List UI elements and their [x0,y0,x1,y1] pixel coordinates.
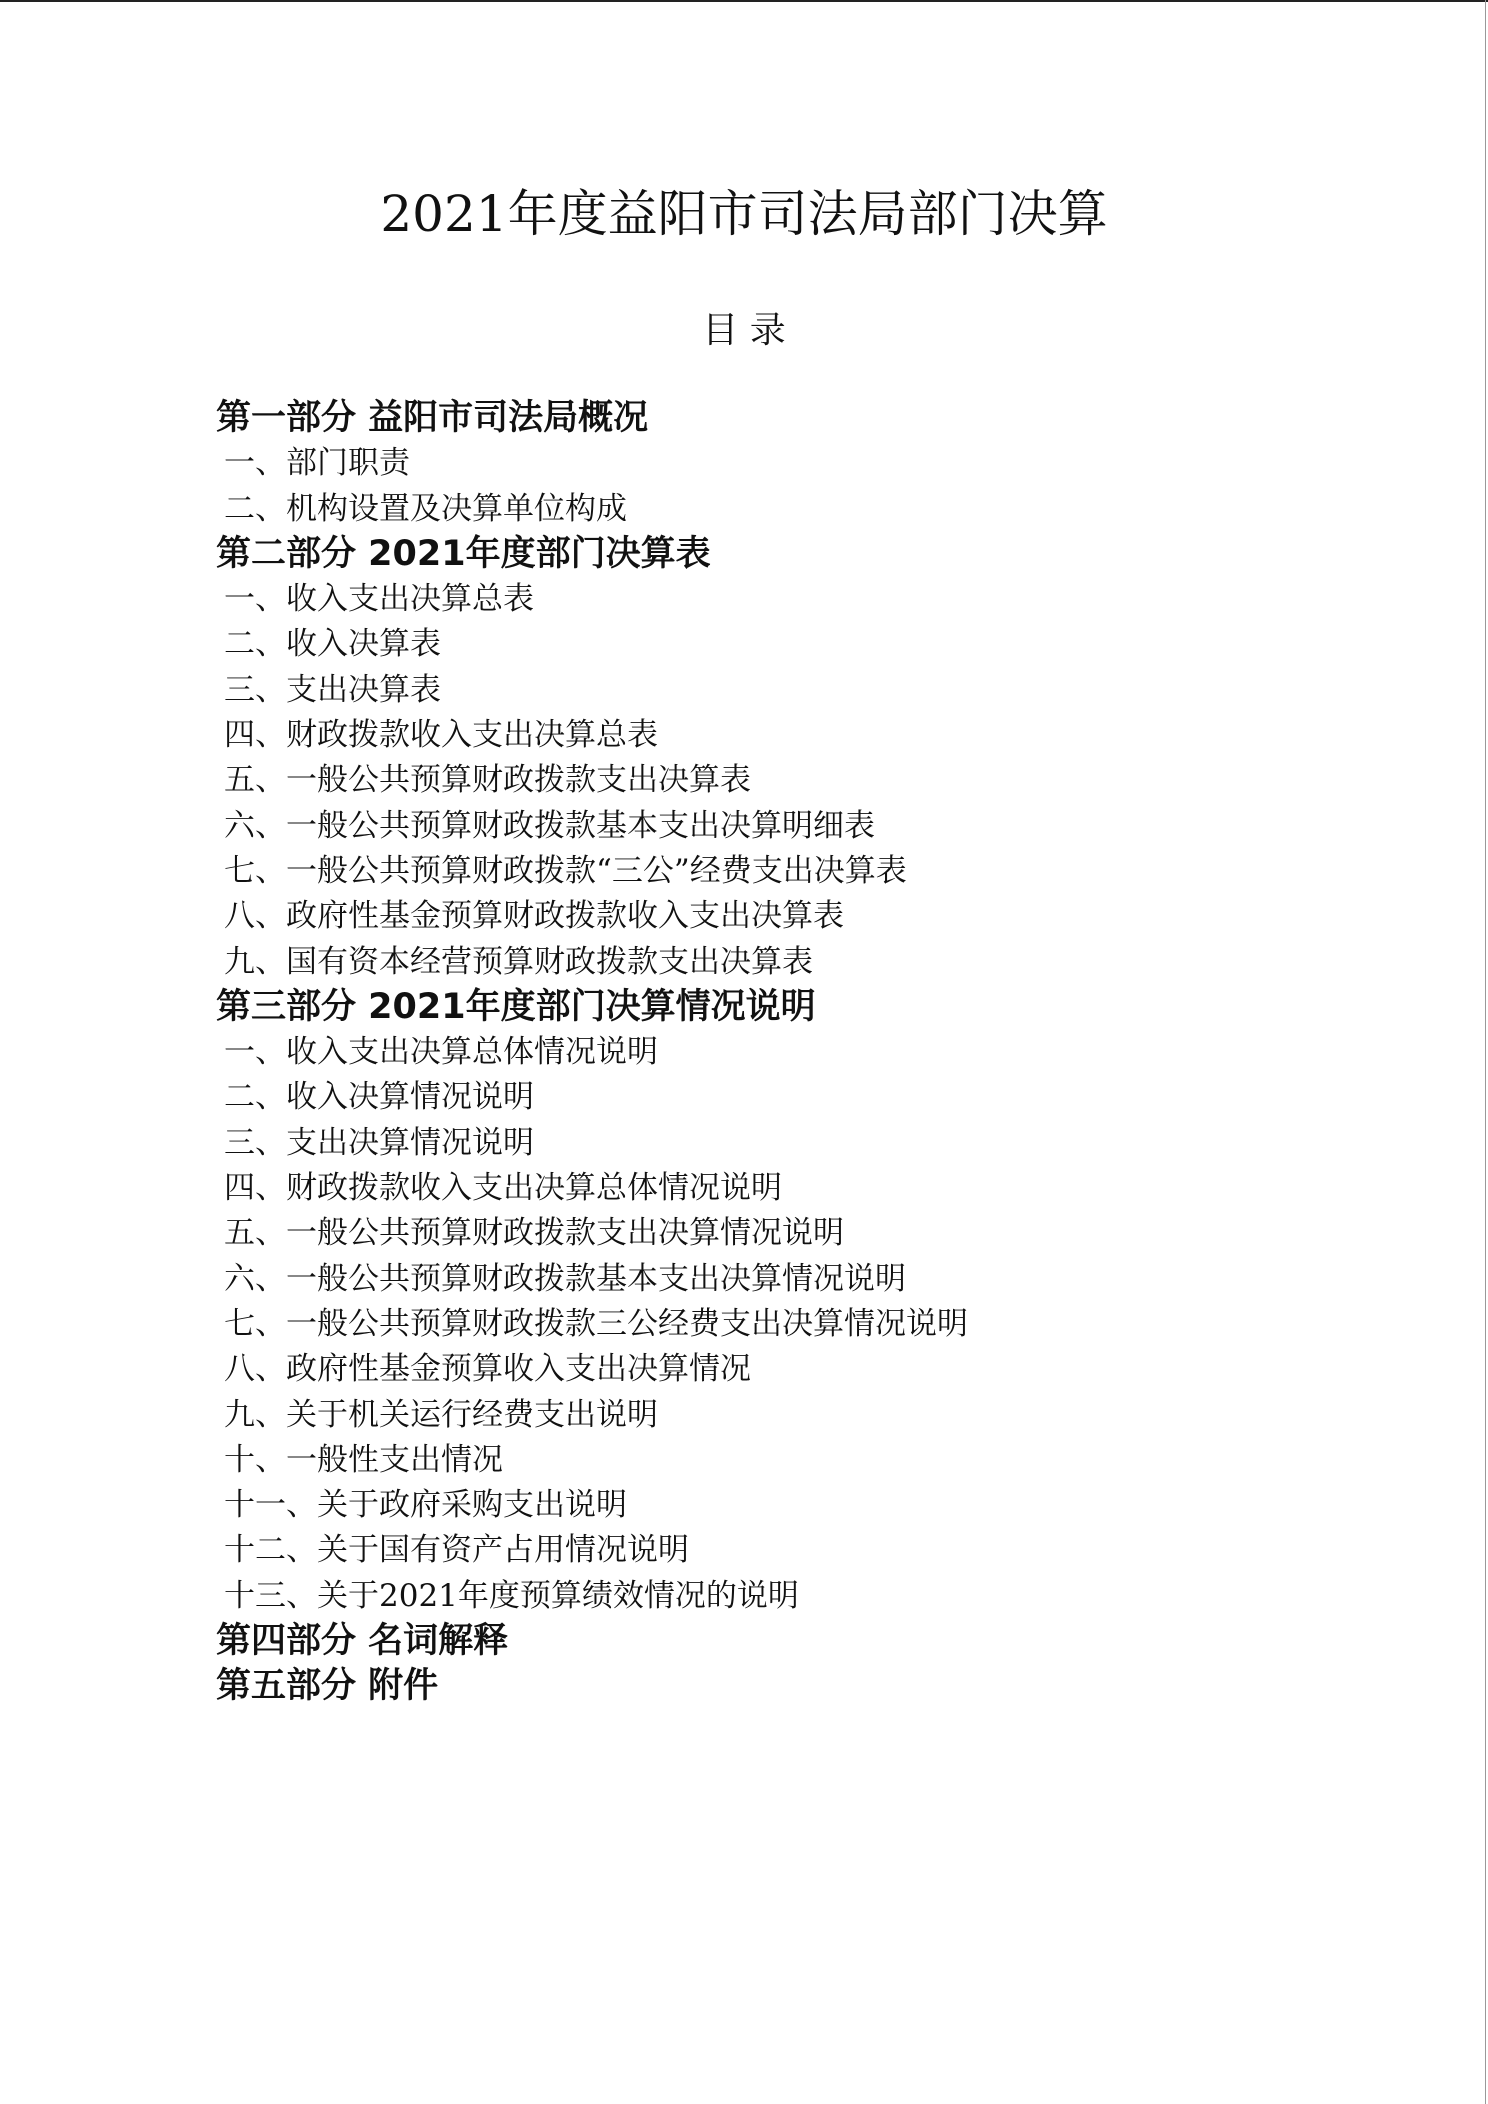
table-of-contents: 第一部分 益阳市司法局概况一、部门职责二、机构设置及决算单位构成第二部分 202… [216,396,968,1710]
toc-part-heading[interactable]: 第四部分 名词解释 [216,1619,968,1664]
toc-part-heading[interactable]: 第二部分 2021年度部门决算表 [216,532,968,577]
toc-entry[interactable]: 十三、关于2021年度预算绩效情况的说明 [216,1574,968,1619]
toc-part-heading[interactable]: 第五部分 附件 [216,1664,968,1709]
toc-entry[interactable]: 三、支出决算情况说明 [216,1121,968,1166]
toc-entry[interactable]: 七、一般公共预算财政拨款“三公”经费支出决算表 [216,849,968,894]
toc-entry[interactable]: 二、收入决算表 [216,622,968,667]
toc-entry[interactable]: 九、关于机关运行经费支出说明 [216,1393,968,1438]
toc-entry[interactable]: 六、一般公共预算财政拨款基本支出决算明细表 [216,804,968,849]
page-top-border [0,0,1488,2]
toc-entry[interactable]: 二、机构设置及决算单位构成 [216,487,968,532]
toc-entry[interactable]: 四、财政拨款收入支出决算总表 [216,713,968,758]
toc-entry[interactable]: 一、部门职责 [216,441,968,486]
toc-entry[interactable]: 八、政府性基金预算收入支出决算情况 [216,1347,968,1392]
toc-entry[interactable]: 五、一般公共预算财政拨款支出决算情况说明 [216,1211,968,1256]
toc-heading: 目 录 [0,308,1488,354]
toc-entry[interactable]: 一、收入支出决算总体情况说明 [216,1030,968,1075]
toc-entry[interactable]: 十一、关于政府采购支出说明 [216,1483,968,1528]
toc-entry[interactable]: 八、政府性基金预算财政拨款收入支出决算表 [216,894,968,939]
toc-entry[interactable]: 七、一般公共预算财政拨款三公经费支出决算情况说明 [216,1302,968,1347]
toc-entry[interactable]: 一、收入支出决算总表 [216,577,968,622]
toc-entry[interactable]: 十二、关于国有资产占用情况说明 [216,1528,968,1573]
toc-entry[interactable]: 三、支出决算表 [216,668,968,713]
document-title: 2021年度益阳市司法局部门决算 [0,184,1488,244]
toc-entry[interactable]: 六、一般公共预算财政拨款基本支出决算情况说明 [216,1257,968,1302]
toc-entry[interactable]: 十、一般性支出情况 [216,1438,968,1483]
toc-part-heading[interactable]: 第一部分 益阳市司法局概况 [216,396,968,441]
toc-entry[interactable]: 五、一般公共预算财政拨款支出决算表 [216,758,968,803]
toc-entry[interactable]: 九、国有资本经营预算财政拨款支出决算表 [216,940,968,985]
toc-entry[interactable]: 二、收入决算情况说明 [216,1075,968,1120]
toc-entry[interactable]: 四、财政拨款收入支出决算总体情况说明 [216,1166,968,1211]
toc-part-heading[interactable]: 第三部分 2021年度部门决算情况说明 [216,985,968,1030]
